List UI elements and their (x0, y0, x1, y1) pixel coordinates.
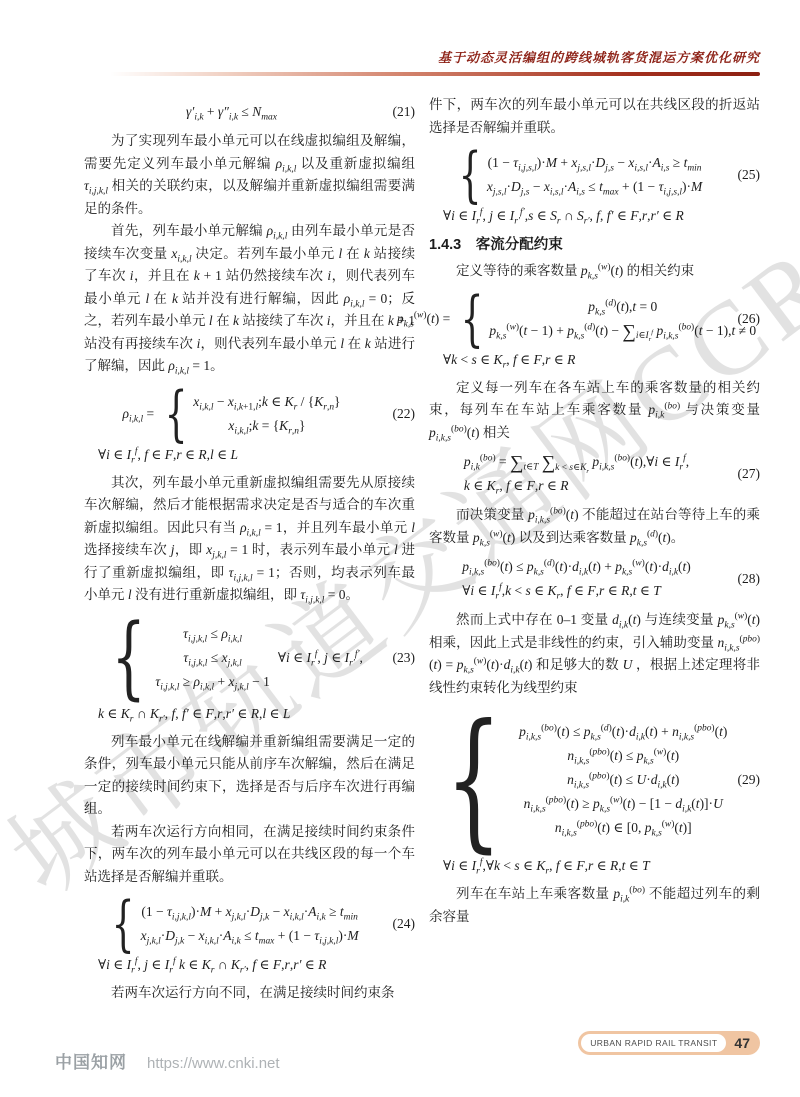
paper-page: 城市轨道交通网CCRM 基于动态灵活编组的跨线城轨客货混运方案优化研究 γ′i,… (0, 0, 800, 1097)
brace: { (165, 384, 188, 444)
equation-line: ni,k,s(pbo)(t) ∈ [0, pk,s(w)(t)] (519, 816, 727, 840)
equation-block: {(1 − τi,j,s,l)·M + xj,s,l·Dj,s − xi,s,l… (429, 145, 760, 227)
equation-number: (27) (738, 466, 761, 482)
equation-domain: ∀i ∈ Irf, j ∈ Irf k ∈ Kr ∩ Kr′, f ∈ F,r,… (98, 954, 415, 976)
equation-number: (23) (393, 650, 416, 666)
equation-line: (1 − τi,j,k,l)·M + xj,k,l·Dj,k − xi,k,l·… (141, 900, 359, 924)
equation-domain: ∀i ∈ Irf, j ∈ Ir′f′,s ∈ Sr ∩ Sr′, f, f′ … (443, 205, 760, 227)
brace: { (112, 894, 135, 954)
equation-lines: xi,k,l − xi,k+1,l;k ∈ Kr / {Kr,n}xi,k,l;… (193, 390, 340, 438)
equation-line: pk,s(d)(t),t = 0 (489, 295, 756, 319)
equation-line: ni,k,s(pbo)(t) ≤ pk,s(w)(t) (519, 744, 727, 768)
equation-number: (21) (393, 104, 416, 120)
paragraph: 定义每一列车在各车站上车的乘客数量的相关约束，每列车在车站上车乘客数量 pi,k… (429, 377, 760, 445)
equation-number: (24) (393, 916, 416, 932)
equation-line: ni,k,s(pbo)(t) ≤ U·di,k(t) (519, 768, 727, 792)
equation-line: pi,k,s(bo)(t) ≤ pk,s(d)(t)·di,k(t) + pk,… (462, 555, 691, 579)
equation-row: pi,k,s(bo)(t) ≤ pk,s(d)(t)·di,k(t) + pk,… (429, 555, 760, 603)
equation-line: xi,k,l;k = {Kr,n} (193, 414, 340, 438)
equation-domain: ∀i ∈ Irf, f ∈ F,r ∈ R,l ∈ L (98, 444, 415, 466)
equation-number: (28) (738, 571, 761, 587)
paragraph: 为了实现列车最小单元可以在线虚拟编组及解编，需要先定义列车最小单元解编 ρi,k… (84, 130, 415, 220)
equation-block: pi,k,s(bo)(t) ≤ pk,s(d)(t)·di,k(t) + pk,… (429, 555, 760, 603)
equation-lines: γ′i,k + γ″i,k ≤ Nmax (186, 100, 277, 124)
equation-row: γ′i,k + γ″i,k ≤ Nmax(21) (84, 100, 415, 124)
cnki-logo: 中国知网 (55, 1048, 127, 1073)
paragraph: 列车最小单元在线解编并重新编组需要满足一定的条件，列车最小单元只能从前序车次解编… (84, 731, 415, 821)
equation-number: (22) (393, 406, 416, 422)
equation-lines: τi,j,k,l ≤ ρi,k,lτi,j,k,l ≤ xj,k,lτi,j,k… (155, 622, 270, 694)
equation-lines: pi,k,s(bo)(t) ≤ pk,s(d)(t)·di,k(t) + pk,… (462, 555, 691, 603)
footer: 中国知网 https://www.cnki.net (55, 1048, 280, 1073)
equation-block: {(1 − τi,j,k,l)·M + xj,k,l·Dj,k − xi,k,l… (84, 894, 415, 976)
equation-block: γ′i,k + γ″i,k ≤ Nmax(21) (84, 100, 415, 124)
equation-line: pi,k(bo) = ∑t∈T ∑k < s∈Kr pi,k,s(bo)(t),… (464, 450, 689, 474)
brace: { (461, 289, 484, 349)
left-column: γ′i,k + γ″i,k ≤ Nmax(21)为了实现列车最小单元可以在线虚拟… (84, 94, 415, 1017)
equation-line: pi,k,s(bo)(t) ≤ pk,s(d)(t)·di,k(t) + ni,… (519, 720, 727, 744)
running-title: 基于动态灵活编组的跨线城轨客货混运方案优化研究 (438, 47, 760, 66)
page-number: 47 (726, 1035, 760, 1051)
paragraph: 列车在车站上车乘客数量 pi,k(bo) 不能超过列车的剩余容量 (429, 883, 760, 928)
equation-row: {τi,j,k,l ≤ ρi,k,lτi,j,k,l ≤ xj,k,lτi,j,… (84, 613, 415, 703)
paper-body: γ′i,k + γ″i,k ≤ Nmax(21)为了实现列车最小单元可以在线虚拟… (84, 94, 760, 1017)
equation-line: (1 − τi,j,s,l)·M + xj,s,l·Dj,s − xi,s,l·… (487, 151, 702, 175)
paragraph: 若两车次运行方向不同，在满足接续时间约束条 (84, 982, 415, 1005)
equation-number: (29) (738, 772, 761, 788)
paragraph: 然而上式中存在 0–1 变量 di,k(t) 与连续变量 pk,s(w)(t) … (429, 609, 760, 699)
brace: { (445, 705, 502, 855)
equation-line: xj,k,l·Dj,k − xi,k,l·Ai,k ≤ tmax + (1 − … (141, 924, 359, 948)
header-rule (110, 72, 760, 76)
equation-row: pi,k(bo) = ∑t∈T ∑k < s∈Kr pi,k,s(bo)(t),… (429, 450, 760, 498)
equation-row: {(1 − τi,j,k,l)·M + xj,k,l·Dj,k − xi,k,l… (84, 894, 415, 954)
equation-row: ρi,k,l ={xi,k,l − xi,k+1,l;k ∈ Kr / {Kr,… (84, 384, 415, 444)
equation-row: {pi,k,s(bo)(t) ≤ pk,s(d)(t)·di,k(t) + ni… (429, 705, 760, 855)
equation-line: xj,s,l·Dj,s − xi,s,l·Ai,s ≤ tmax + (1 − … (487, 175, 702, 199)
equation-lines: (1 − τi,j,s,l)·M + xj,s,l·Dj,s − xi,s,l·… (487, 151, 702, 199)
equation-block: pk,s(w)(t) ={pk,s(d)(t),t = 0pk,s(w)(t −… (429, 289, 760, 371)
equation-line: τi,j,k,l ≤ ρi,k,l (155, 622, 270, 646)
equation-number: (25) (738, 167, 761, 183)
journal-badge: URBAN RAPID RAIL TRANSIT 47 (578, 1031, 760, 1055)
right-column: 件下，两车次的列车最小单元可以在共线区段的折返站选择是否解编并重联。{(1 − … (429, 94, 760, 1017)
equation-lines: pi,k,s(bo)(t) ≤ pk,s(d)(t)·di,k(t) + ni,… (519, 720, 727, 840)
cnki-url: https://www.cnki.net (147, 1055, 280, 1072)
paragraph: 若两车次运行方向相同，在满足接续时间约束条件下，两车次的列车最小单元可以在共线区… (84, 821, 415, 889)
equation-line: k ∈ Kr, f ∈ F,r ∈ R (464, 474, 689, 498)
equation-block: {τi,j,k,l ≤ ρi,k,lτi,j,k,l ≤ xj,k,lτi,j,… (84, 613, 415, 725)
paragraph: 其次，列车最小单元重新虚拟编组需要先从原接续车次解编，然后才能根据需求决定是否与… (84, 472, 415, 607)
equation-block: ρi,k,l ={xi,k,l − xi,k+1,l;k ∈ Kr / {Kr,… (84, 384, 415, 466)
journal-label: URBAN RAPID RAIL TRANSIT (581, 1034, 726, 1052)
equation-block: {pi,k,s(bo)(t) ≤ pk,s(d)(t)·di,k(t) + ni… (429, 705, 760, 877)
equation-lines: pi,k(bo) = ∑t∈T ∑k < s∈Kr pi,k,s(bo)(t),… (464, 450, 689, 498)
paragraph: 件下，两车次的列车最小单元可以在共线区段的折返站选择是否解编并重联。 (429, 94, 760, 139)
equation-lhs: ρi,k,l = (122, 406, 154, 422)
paragraph: 而决策变量 pi,k,s(bo)(t) 不能超过在站台等待上车的乘客数量 pk,… (429, 504, 760, 549)
equation-row: pk,s(w)(t) ={pk,s(d)(t),t = 0pk,s(w)(t −… (429, 289, 760, 349)
section-heading: 1.4.3 客流分配约束 (429, 233, 760, 257)
equation-block: pi,k(bo) = ∑t∈T ∑k < s∈Kr pi,k,s(bo)(t),… (429, 450, 760, 498)
equation-domain: ∀k < s ∈ Kr, f ∈ F,r ∈ R (443, 349, 760, 371)
equation-side-condition: ∀i ∈ Irf, j ∈ Ir′f′, (278, 650, 363, 666)
equation-line: xi,k,l − xi,k+1,l;k ∈ Kr / {Kr,n} (193, 390, 340, 414)
equation-lines: (1 − τi,j,k,l)·M + xj,k,l·Dj,k − xi,k,l·… (141, 900, 359, 948)
equation-line: τi,j,k,l ≥ ρi,k,l + xj,k,l − 1 (155, 670, 270, 694)
brace: { (112, 613, 146, 703)
equation-lines: pk,s(d)(t),t = 0pk,s(w)(t − 1) + pk,s(d)… (489, 295, 756, 343)
equation-line: τi,j,k,l ≤ xj,k,l (155, 646, 270, 670)
paragraph: 首先，列车最小单元解编 ρi,k,l 由列车最小单元是否接续车次变量 xi,k,… (84, 220, 415, 378)
equation-line: ∀i ∈ Irf,k < s ∈ Kr, f ∈ F,r ∈ R,t ∈ T (462, 579, 691, 603)
brace: { (458, 145, 481, 205)
paragraph: 定义等待的乘客数量 pk,s(w)(t) 的相关约束 (429, 260, 760, 283)
equation-lhs: pk,s(w)(t) = (397, 311, 450, 327)
equation-number: (26) (738, 311, 761, 327)
equation-line: ni,k,s(pbo)(t) ≥ pk,s(w)(t) − [1 − di,k(… (519, 792, 727, 816)
equation-line: γ′i,k + γ″i,k ≤ Nmax (186, 100, 277, 124)
equation-row: {(1 − τi,j,s,l)·M + xj,s,l·Dj,s − xi,s,l… (429, 145, 760, 205)
equation-line: pk,s(w)(t − 1) + pk,s(d)(t) − ∑i∈Irf pi,… (489, 319, 756, 343)
